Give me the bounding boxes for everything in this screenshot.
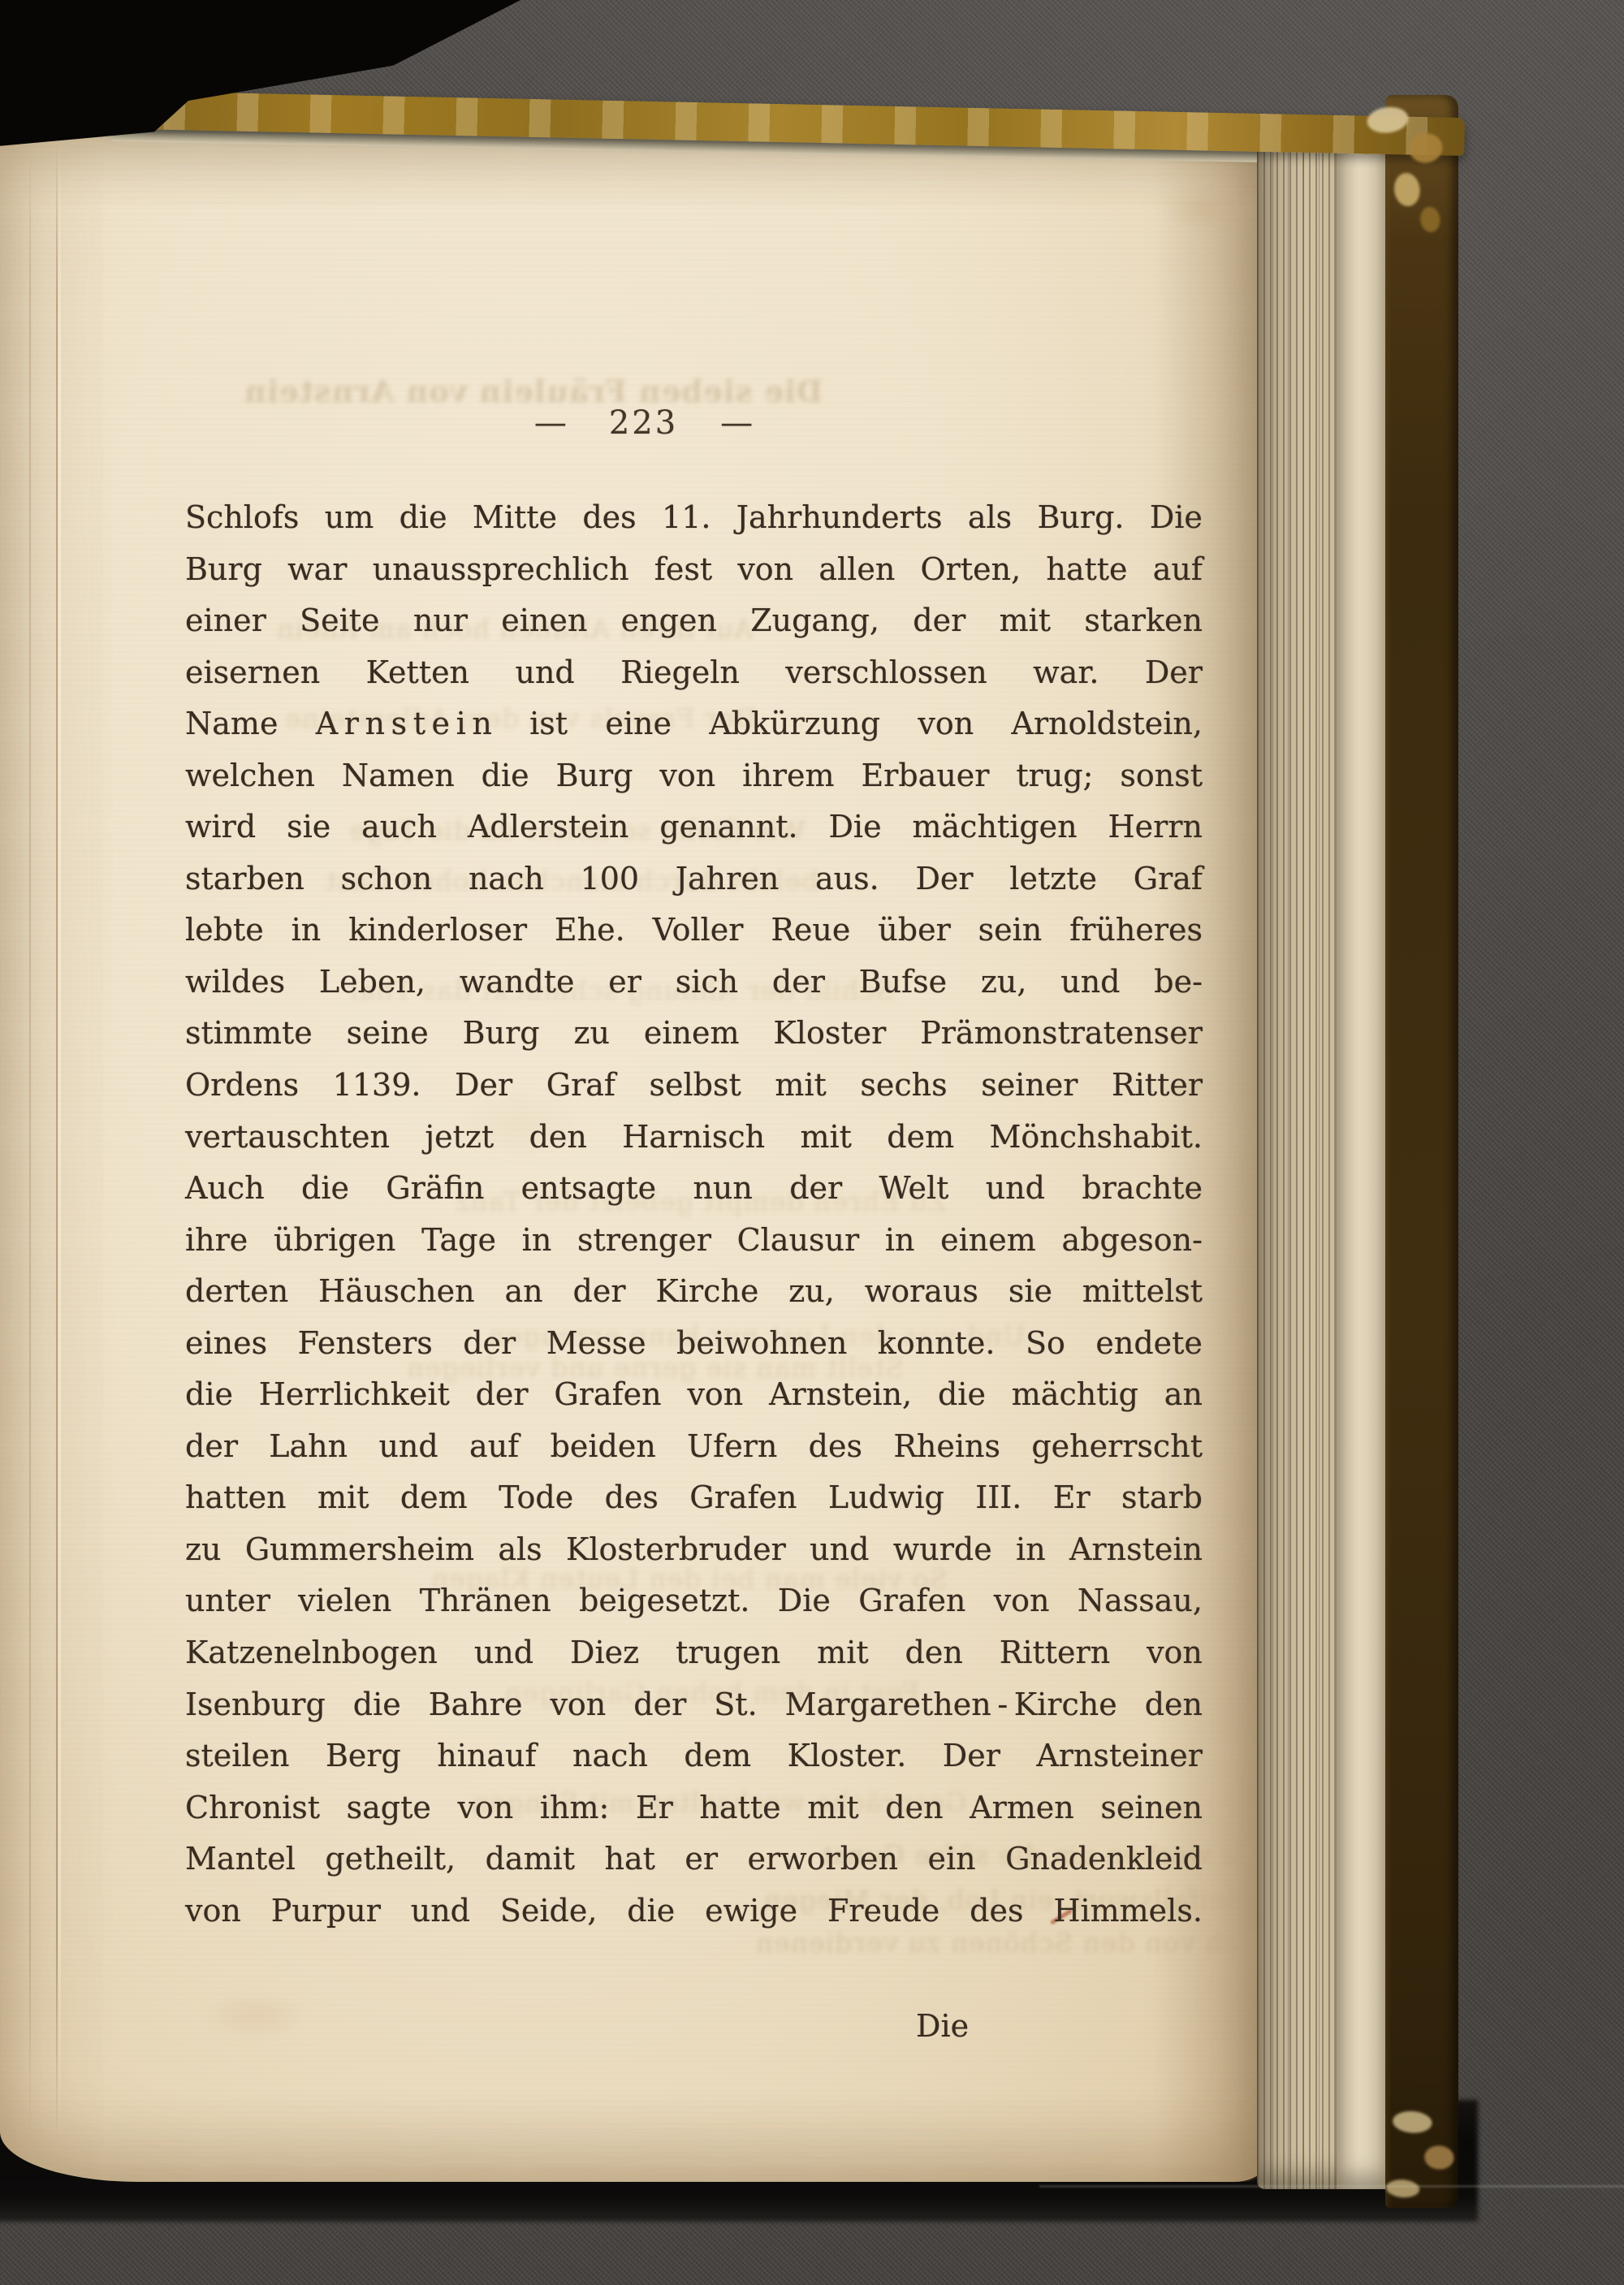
fore-edge-flyleaf (1337, 122, 1387, 2189)
text-line: starbenschonnach100Jahrenaus.DerletzteGr… (185, 853, 1203, 905)
worn-gold-corner-top (1353, 89, 1479, 263)
text-line: welchenNamendieBurgvonihremErbauertrug;s… (185, 750, 1203, 802)
text-line: untervielenThränenbeigesetzt.DieGrafenvo… (185, 1575, 1203, 1627)
worn-gold-corner-bottom (1371, 2080, 1478, 2220)
text-line: wildesLeben,wandteersichderBufsezu,undbe… (185, 957, 1203, 1009)
page-header: — 223 — (135, 400, 1152, 446)
page-number: 223 (609, 400, 678, 446)
text-line: einesFenstersderMessebeiwohnenkonnte.Soe… (185, 1318, 1203, 1370)
back-cover-board-edge (1385, 95, 1458, 2208)
text-line: stimmteseineBurgzueinemKlosterPrämonstra… (185, 1008, 1203, 1060)
book-scan: Die sieben Fräulein von ArnsteinAuf ihre… (0, 0, 1624, 2285)
text-line: hattenmitdemTodedesGrafenLudwigIII.Ersta… (185, 1472, 1203, 1524)
printed-text-layer: — 223 — SchlofsumdieMittedes11.Jahrhunde… (0, 134, 1267, 2182)
catchword: Die (916, 2002, 969, 2050)
text-line: Ordens1139.DerGrafselbstmitsechsseinerRi… (185, 1060, 1203, 1112)
text-line: zuGummersheimalsKlosterbruderundwurdeinA… (185, 1524, 1203, 1576)
text-line: dertenHäuschenanderKirchezu,woraussiemit… (185, 1266, 1203, 1318)
text-line: KatzenelnbogenundDieztrugenmitdenRittern… (185, 1627, 1203, 1679)
scan-glass-reflection (1039, 2185, 1624, 2188)
text-line: Mantelgetheilt,damithatererworbeneinGnad… (185, 1834, 1203, 1885)
book-page: Die sieben Fräulein von ArnsteinAuf ihre… (0, 134, 1267, 2182)
text-line: ihreübrigenTageinstrengerClausurineinema… (185, 1215, 1203, 1267)
text-line: vertauschtenjetztdenHarnischmitdemMönchs… (185, 1112, 1203, 1164)
text-line: vonPurpurundSeide,dieewigeFreudedesHimme… (185, 1885, 1203, 1937)
text-line: einerSeitenureinenengenZugang,dermitstar… (185, 595, 1203, 647)
text-line: SchlofsumdieMittedes11.JahrhundertsalsBu… (185, 492, 1203, 544)
body-text: SchlofsumdieMittedes11.JahrhundertsalsBu… (185, 492, 1203, 1937)
text-line: BurgwarunaussprechlichfestvonallenOrten,… (185, 544, 1203, 596)
text-line: IsenburgdieBahrevonderSt.Margarethen - K… (185, 1679, 1203, 1731)
text-line: AuchdieGräfinentsagtenunderWeltundbracht… (185, 1163, 1203, 1215)
text-line: derLahnundaufbeidenUferndesRheinsgeherrs… (185, 1421, 1203, 1473)
text-line: dieHerrlichkeitderGrafenvonArnstein,diem… (185, 1369, 1203, 1421)
text-line: steilenBerghinaufnachdemKloster.DerArnst… (185, 1730, 1203, 1782)
text-line: NameA r n s t e i nisteineAbkürzungvonAr… (185, 698, 1203, 750)
text-line: wirdsieauchAdlersteingenannt.Diemächtige… (185, 801, 1203, 853)
header-dash-left: — (534, 400, 567, 446)
text-line: Chronistsagtevonihm:ErhattemitdenArmense… (185, 1782, 1203, 1834)
text-line: lebteinkinderloserEhe.VollerReueübersein… (185, 905, 1203, 957)
header-dash-right: — (720, 400, 753, 446)
text-line: eisernenKettenundRiegelnverschlossenwar.… (185, 647, 1203, 699)
